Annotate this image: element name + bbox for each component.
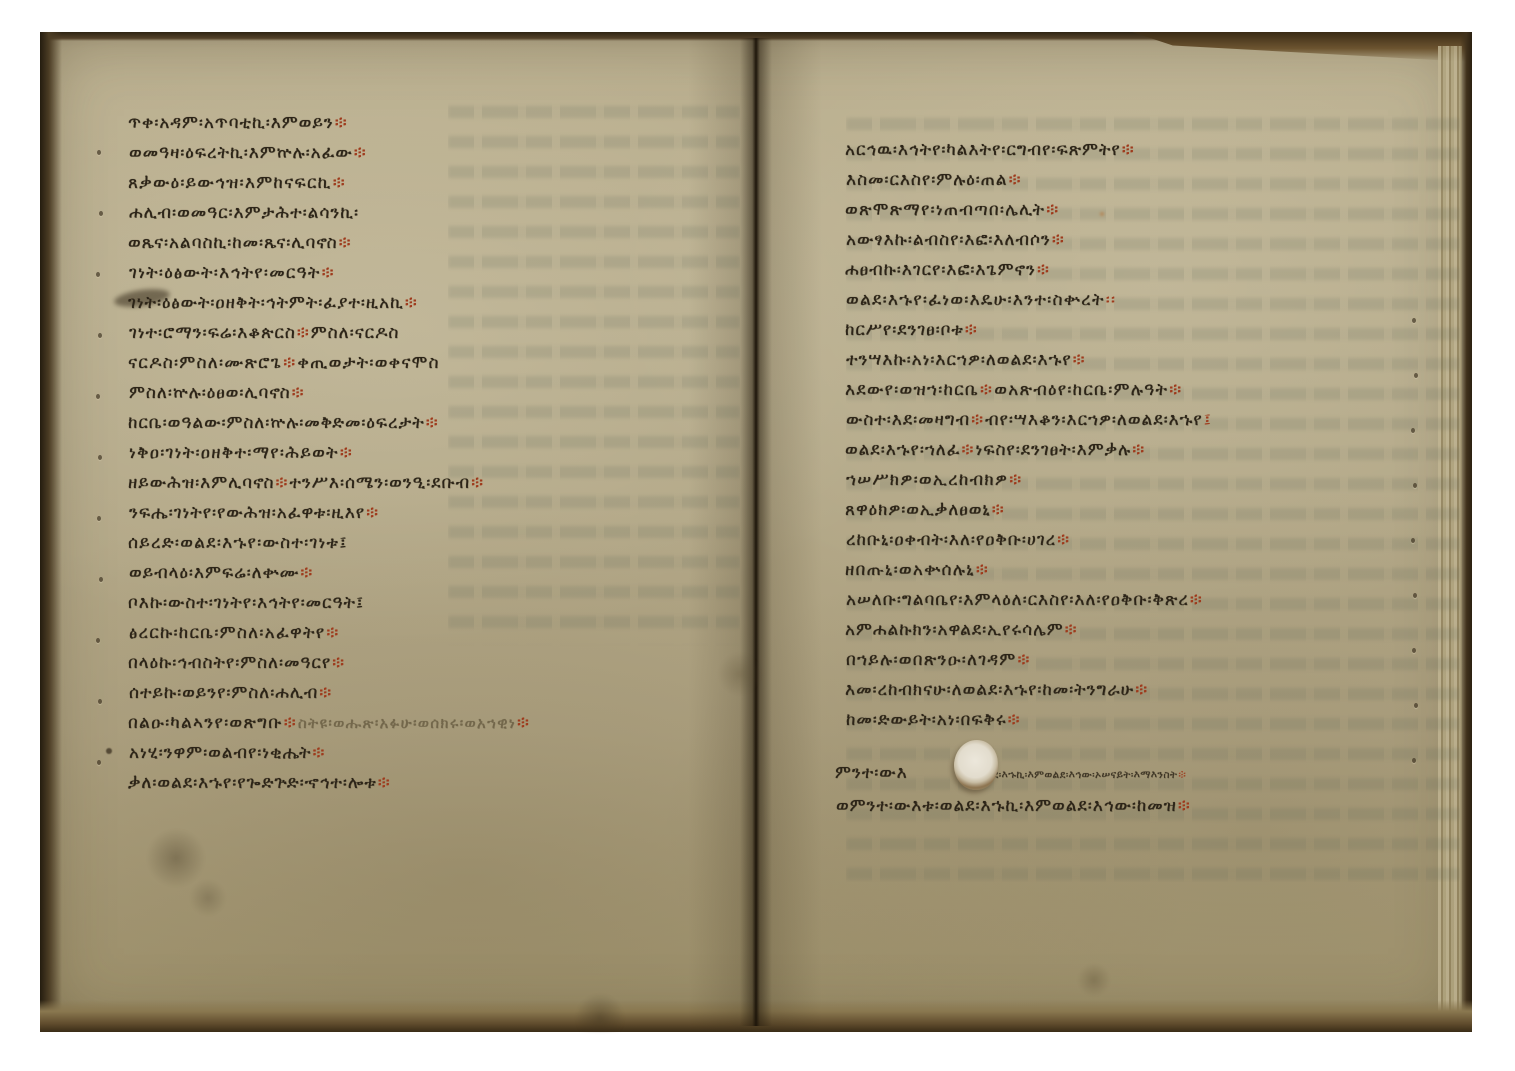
open-manuscript-book: ጥቀ፡አዳም፡አጥባቲኪ፡እምወይን፨ወመዓዛ፡ዕፍረትኪ፡እምኵሉ፡አፈው፨ጸ… <box>40 32 1472 1032</box>
text-segment: ብየ፡ሣእቆን፡እርኀዎ፡ለወልደ፡እኁየ <box>985 410 1203 430</box>
manuscript-text-line: ገነት፡ዕፅውት፡እኅትየ፡መርዓት፨ <box>129 258 745 288</box>
manuscript-text-line: ቦእኩ፡ውስተ፡ገነትየ፡እኅትየ፡መርዓት፤ <box>128 588 744 618</box>
rubric-mark: ፨ <box>291 383 306 403</box>
text-segment: ፤ <box>339 533 347 553</box>
rubric-mark: ፨ <box>1072 350 1087 370</box>
text-segment: ፤ <box>356 593 364 613</box>
rubric-mark: ፨ <box>338 233 353 253</box>
text-segment: ቃለ፡ወልደ፡እኁየ፡የጐድጕድ፡ኆኅተ፡ሎቱ <box>128 773 377 793</box>
manuscript-text-line: ቃለ፡ወልደ፡እኁየ፡የጐድጕድ፡ኆኅተ፡ሎቱ፨ <box>128 768 744 798</box>
text-segment: ሰተይኩ፡ወይንየ፡ምስለ፡ሐሊብ <box>129 683 318 703</box>
text-segment: ወጼና፡አልባስኪ፡ከመ፡ጼና፡ሊባኖስ <box>128 233 338 253</box>
rubric-mark: ፨ <box>961 440 976 460</box>
rubric-mark: ፨ <box>283 713 298 733</box>
manuscript-photo: ጥቀ፡አዳም፡አጥባቲኪ፡እምወይን፨ወመዓዛ፡ዕፍረትኪ፡እምኵሉ፡አፈው፨ጸ… <box>0 0 1515 1071</box>
pricking-hole <box>97 760 101 765</box>
pricking-hole <box>96 394 100 399</box>
manuscript-text-line: አውፃእኩ፡ልብስየ፡እፎ፡እለብሶን፨ <box>846 225 1426 255</box>
rubric-mark: ፨ <box>964 320 979 340</box>
text-segment: ጥቀ፡አዳም፡አጥባቲኪ፡እምወይን <box>128 113 334 133</box>
manuscript-text-line: እስመ፡ርእስየ፡ምሉዕ፡ጠል፨ <box>846 165 1426 195</box>
manuscript-text-line: በኀይሉ፡ወበጽንዑ፡ለገዳም፨ <box>846 645 1426 675</box>
text-segment: ሐሊብ፡ወመዓር፡እምታሕተ፡ልሳንኪ <box>129 203 354 223</box>
text-segment: ነፍስየ፡ደንገፀት፡እምቃሉ <box>975 440 1131 460</box>
manuscript-text-line: ሰተይኩ፡ወይንየ፡ምስለ፡ሐሊብ፨ <box>129 678 745 708</box>
rubric-mark: ፨ <box>353 143 368 163</box>
text-segment: እስመ፡ርእስየ፡ምሉዕ፡ጠል <box>846 170 1008 190</box>
wooden-board-right-edge <box>1460 32 1472 1032</box>
manuscript-text-line: እደውየ፡ወዝኀ፡ከርቤ፨ወአጽብዕየ፡ከርቤ፡ምሉዓት፨ <box>845 375 1425 405</box>
text-segment: ከመ፡ድውይት፡አነ፡በፍቅሩ <box>846 710 1007 730</box>
manuscript-text-line: ከርሥየ፡ደንገፀ፡ቦቱ፨ <box>845 315 1425 345</box>
text-segment: ወልደ፡እኁኪ፡እምወልደ፡እኅው፡ኦሠናይት፡እማእንስት <box>977 769 1177 781</box>
text-segment: አሠለቡ፡ግልባቤየ፡እምላዕለ፡ርእስየ፡እለ፡የዐቅቡ፡ቅጽረ <box>846 590 1189 610</box>
rubric-mark: ፨ <box>1051 230 1066 250</box>
rubric-mark: ፨ <box>339 443 354 463</box>
rubric-mark: ፨ <box>1134 680 1149 700</box>
text-segment: ወአጽብዕየ፡ከርቤ፡ምሉዓት <box>994 380 1168 400</box>
rubric-mark: ፨ <box>365 503 380 523</box>
manuscript-text-line: ጥቀ፡አዳም፡አጥባቲኪ፡እምወይን፨ <box>128 108 744 138</box>
pricking-hole <box>99 577 103 582</box>
rubric-mark: ፨ <box>377 773 392 793</box>
pricking-hole <box>96 272 100 277</box>
manuscript-text-line: አርኅዉ፡እኅትየ፡ካልእትየ፡ርግብየ፡ፍጽምትየ፨ <box>845 135 1425 165</box>
text-segment: ወምንተ፡ውእቱ፡ወልደ፡እኁኪ፡እምወልደ፡እኅው፡ከመዝ <box>836 796 1177 816</box>
pricking-hole <box>98 333 102 338</box>
manuscript-text-line: አነሂ፡ንዋም፡ወልብየ፡ነቂሔት፨ <box>129 738 745 768</box>
right-page-footer-text-block: ምንተ፡ውእቱ፡ወልደ፡እኁኪ፡እምወልደ፡እኅው፡ኦሠናይት፡እማእንስት፨ወ… <box>835 757 1435 823</box>
text-segment: አርኅዉ፡እኅትየ፡ካልእትየ፡ርግብየ፡ፍጽምትየ <box>845 140 1121 160</box>
text-segment: ወይብላዕ፡እምፍሬ፡ለቍሙ <box>129 563 299 583</box>
rubric-mark: ፨ <box>1168 380 1183 400</box>
rubric-mark: ፨ <box>1121 140 1136 160</box>
manuscript-text-line: ወጽሞጽማየ፡ነጠብጣበ፡ሌሊት፨ <box>845 195 1425 225</box>
rubric-mark: ፨ <box>1036 260 1051 280</box>
manuscript-text-line: በልዑ፡ካልኣንየ፡ወጽግቡ፨ስትዩ፡ወሑጽ፡አፉሁ፡ወሰክሩ፡ወአኀዊነ፨ <box>128 708 744 738</box>
rubric-mark: ፨ <box>296 323 311 343</box>
text-segment: አነሂ፡ንዋም፡ወልብየ፡ነቂሔት <box>129 743 312 763</box>
text-segment: በላዕኩ፡ኅብስትየ፡ምስለ፡መዓርየ <box>128 653 331 673</box>
text-segment: ጸቃውዕ፡ይውኅዝ፡እምከናፍርኪ <box>128 173 332 193</box>
manuscript-text-line: ገነተ፡ሮማን፡ፍሬ፡እቆጵርስ፨ምስለ፡ናርዶስ <box>129 318 745 348</box>
pricking-hole <box>98 455 102 460</box>
pricking-hole <box>99 211 103 216</box>
rubric-mark: ፨ <box>979 380 994 400</box>
manuscript-text-line: ሐሊብ፡ወመዓር፡እምታሕተ፡ልሳንኪ፡ <box>129 198 745 228</box>
rubric-mark: ፨ <box>282 353 297 373</box>
pricking-hole <box>97 516 101 521</box>
manuscript-text-line: ሰይረድ፡ወልደ፡እኁየ፡ውስተ፡ገነቱ፤ <box>128 528 744 558</box>
text-segment: ፡ <box>354 203 359 223</box>
rubric-mark: ፨ <box>1064 620 1079 640</box>
manuscript-text-line: አሠለቡ፡ግልባቤየ፡እምላዕለ፡ርእስየ፡እለ፡የዐቅቡ፡ቅጽረ፨ <box>846 585 1426 615</box>
text-segment: ንፍሔ፡ገነትየ፡የውሕዝ፡አፈዋቱ፡ዚእየ <box>129 503 365 523</box>
text-segment: ስትዩ፡ወሑጽ፡አፉሁ፡ወሰክሩ፡ወአኀዊነ <box>298 714 516 732</box>
manuscript-text-line: ምንተ፡ውእቱ፡ወልደ፡እኁኪ፡እምወልደ፡እኅው፡ኦሠናይት፡እማእንስት፨ <box>835 757 1435 790</box>
text-segment: አውፃእኩ፡ልብስየ፡እፎ፡እለብሶን <box>846 230 1051 250</box>
text-segment: ፅረርኩ፡ከርቤ፡ምስለ፡አፈዋትየ <box>129 623 325 643</box>
text-segment: ዘይውሕዝ፡እምሊባኖስ <box>128 473 274 493</box>
rubric-mark: ፨ <box>470 473 485 493</box>
text-segment: በኀይሉ፡ወበጽንዑ፡ለገዳም <box>846 650 1016 670</box>
manuscript-text-line: ፅረርኩ፡ከርቤ፡ምስለ፡አፈዋትየ፨ <box>129 618 745 648</box>
text-segment: ናርዶስ፡ምስለ፡ሙጽሮጌ <box>128 353 282 373</box>
rubric-mark: ፨ <box>325 623 340 643</box>
manuscript-text-line: ናርዶስ፡ምስለ፡ሙጽሮጌ፨ቀጢወታት፡ወቀናሞስ <box>128 348 744 378</box>
manuscript-text-line: ገነት፡ዕፅውት፡ዐዘቅት፡ኅትምት፡ፈያተ፡ዚአኪ፨ <box>128 288 744 318</box>
text-segment: ምስለ፡ኵሉ፡ዕፀወ፡ሊባኖስ <box>129 383 291 403</box>
text-segment: ወመዓዛ፡ዕፍረትኪ፡እምኵሉ፡አፈው <box>129 143 353 163</box>
rubric-mark: ፨ <box>991 500 1006 520</box>
manuscript-text-line: ወይብላዕ፡እምፍሬ፡ለቍሙ፨ <box>129 558 745 588</box>
text-segment: ተንሣእኩ፡አነ፡እርኀዎ፡ለወልደ፡እኁየ <box>846 350 1072 370</box>
rubric-mark: ፨ <box>331 653 346 673</box>
manuscript-text-line: ተንሣእኩ፡አነ፡እርኀዎ፡ለወልደ፡እኁየ፨ <box>846 345 1426 375</box>
text-segment: ሐፀብኩ፡እገርየ፡እፎ፡እጌምኖን <box>845 260 1036 280</box>
text-segment: ከርቤ፡ወዓልው፡ምስለ፡ኵሉ፡መቅድመ፡ዕፍረታት <box>128 413 425 433</box>
text-segment: ዘበጡኒ፡ወአቍሰሉኒ <box>845 560 975 580</box>
manuscript-text-line: ንፍሔ፡ገነትየ፡የውሕዝ፡አፈዋቱ፡ዚእየ፨ <box>129 498 745 528</box>
text-segment: ወልደ፡እኁየ፡ፈነወ፡እዴሁ፡እንተ፡ስቍረት <box>846 290 1105 310</box>
text-segment: ገነት፡ዕፅውት፡ዐዘቅት፡ኅትምት፡ፈያተ፡ዚአኪ <box>128 293 404 313</box>
text-segment: ሰይረድ፡ወልደ፡እኁየ፡ውስተ፡ገነቱ <box>128 533 339 553</box>
rubric-mark: ፨ <box>1177 769 1187 781</box>
rubric-mark: ፨ <box>975 560 990 580</box>
wooden-board-top-right-corner <box>1132 32 1472 62</box>
pricking-hole <box>97 150 101 155</box>
manuscript-text-line: ዘይውሕዝ፡እምሊባኖስ፨ተንሥእ፡ሰሜን፡ወንዒ፡ደቡብ፨ <box>128 468 744 498</box>
book-left-edge <box>40 32 62 1032</box>
manuscript-text-line: ከመ፡ድውይት፡አነ፡በፍቅሩ፨ <box>846 705 1426 735</box>
text-segment: ወጽሞጽማየ፡ነጠብጣበ፡ሌሊት <box>845 200 1045 220</box>
manuscript-text-line: ዘበጡኒ፡ወአቍሰሉኒ፨ <box>845 555 1425 585</box>
manuscript-text-line: ከርቤ፡ወዓልው፡ምስለ፡ኵሉ፡መቅድመ፡ዕፍረታት፨ <box>128 408 744 438</box>
text-segment: አምሐልኩክን፡አዋልደ፡ኢየሩሳሌም <box>845 620 1064 640</box>
rubric-mark: ፨ <box>425 413 440 433</box>
rubric-mark: ፨ <box>1056 530 1071 550</box>
rubric-mark: ፨ <box>318 683 333 703</box>
manuscript-text-line: ጸዋዕክዎ፡ወኢቃለፀወኒ፨ <box>845 495 1425 525</box>
text-segment: ምስለ፡ናርዶስ <box>311 323 400 343</box>
rubric-mark: ፨ <box>1008 170 1023 190</box>
rubric-mark: ፨ <box>1007 710 1022 730</box>
manuscript-text-line: ጸቃውዕ፡ይውኅዝ፡እምከናፍርኪ፨ <box>128 168 744 198</box>
rubric-mark: ፨ <box>321 263 336 283</box>
text-segment: ኀሠሥክዎ፡ወኢረከብክዎ <box>846 470 1008 490</box>
text-segment: ገነተ፡ሮማን፡ፍሬ፡እቆጵርስ <box>129 323 296 343</box>
manuscript-text-line: ወምንተ፡ውእቱ፡ወልደ፡እኁኪ፡እምወልደ፡እኅው፡ከመዝ፨ <box>836 790 1436 823</box>
text-segment: ውስተ፡እደ፡መዛግብ <box>846 410 970 430</box>
right-page-text-block: አርኅዉ፡እኅትየ፡ካልእትየ፡ርግብየ፡ፍጽምትየ፨እስመ፡ርእስየ፡ምሉዕ፡… <box>845 135 1425 735</box>
rubric-mark: ፨ <box>1131 440 1146 460</box>
rubric-mark: ፤ <box>1203 410 1213 430</box>
rubric-mark: ፨ <box>1045 200 1060 220</box>
text-segment: ገነት፡ዕፅውት፡እኅትየ፡መርዓት <box>129 263 321 283</box>
text-segment: እመ፡ረከብክናሁ፡ለወልደ፡እኁየ፡ከመ፡ትንግራሁ <box>845 680 1134 700</box>
rubric-mark: ፨ <box>299 563 314 583</box>
rubric-mark: ፨ <box>1008 470 1023 490</box>
manuscript-text-line: ወልደ፡እኁየ፡ኀለፈ፨ነፍስየ፡ደንገፀት፡እምቃሉ፨ <box>845 435 1425 465</box>
rubric-mark: ፡፡ <box>1105 290 1118 310</box>
text-segment: ምንተ፡ውእ <box>835 763 908 783</box>
rubric-mark: ፨ <box>274 473 289 493</box>
manuscript-text-line: ውስተ፡እደ፡መዛግብ፨ብየ፡ሣእቆን፡እርኀዎ፡ለወልደ፡እኁየ፤ <box>846 405 1426 435</box>
rubric-mark: ፨ <box>334 113 349 133</box>
rubric-mark: ፨ <box>312 743 327 763</box>
rubric-mark: ፨ <box>1189 590 1204 610</box>
manuscript-text-line: ኀሠሥክዎ፡ወኢረከብክዎ፨ <box>846 465 1426 495</box>
center-gutter <box>740 38 772 1026</box>
page-edges-stack <box>1438 46 1462 1016</box>
manuscript-text-line: ነቅዐ፡ገነት፡ዐዘቅተ፡ማየ፡ሕይወት፨ <box>129 438 745 468</box>
manuscript-text-line: ወመዓዛ፡ዕፍረትኪ፡እምኵሉ፡አፈው፨ <box>129 138 745 168</box>
text-segment: ጸዋዕክዎ፡ወኢቃለፀወኒ <box>845 500 991 520</box>
manuscript-text-line: ምስለ፡ኵሉ፡ዕፀወ፡ሊባኖስ፨ <box>129 378 745 408</box>
manuscript-text-line: ረከቡኒ፡ዐቀብት፡እለ፡የዐቅቡ፡ሀገረ፨ <box>846 525 1426 555</box>
text-segment: ከርሥየ፡ደንገፀ፡ቦቱ <box>845 320 964 340</box>
text-segment: በልዑ፡ካልኣንየ፡ወጽግቡ <box>128 713 283 733</box>
text-segment: ወልደ፡እኁየ፡ኀለፈ <box>845 440 961 460</box>
rubric-mark: ፨ <box>970 410 985 430</box>
rubric-mark: ፨ <box>516 713 531 733</box>
text-segment: ቀጢወታት፡ወቀናሞስ <box>297 353 439 373</box>
pricking-hole <box>96 638 100 643</box>
manuscript-text-line: ሐፀብኩ፡እገርየ፡እፎ፡እጌምኖን፨ <box>845 255 1425 285</box>
text-segment: ነቅዐ፡ገነት፡ዐዘቅተ፡ማየ፡ሕይወት <box>129 443 339 463</box>
manuscript-text-line: ወልደ፡እኁየ፡ፈነወ፡እዴሁ፡እንተ፡ስቍረት፡፡ <box>846 285 1426 315</box>
rubric-mark: ፨ <box>332 173 347 193</box>
marginal-dot <box>106 748 112 754</box>
text-segment: እደውየ፡ወዝኀ፡ከርቤ <box>845 380 979 400</box>
pricking-hole <box>98 699 102 704</box>
manuscript-text-line: እመ፡ረከብክናሁ፡ለወልደ፡እኁየ፡ከመ፡ትንግራሁ፨ <box>845 675 1425 705</box>
text-segment: ረከቡኒ፡ዐቀብት፡እለ፡የዐቅቡ፡ሀገረ <box>846 530 1056 550</box>
rubric-mark: ፨ <box>1016 650 1031 670</box>
rubric-mark: ፨ <box>404 293 419 313</box>
left-page-text-block: ጥቀ፡አዳም፡አጥባቲኪ፡እምወይን፨ወመዓዛ፡ዕፍረትኪ፡እምኵሉ፡አፈው፨ጸ… <box>128 108 744 798</box>
text-segment: ቦእኩ፡ውስተ፡ገነትየ፡እኅትየ፡መርዓት <box>128 593 356 613</box>
manuscript-text-line: ወጼና፡አልባስኪ፡ከመ፡ጼና፡ሊባኖስ፨ <box>128 228 744 258</box>
manuscript-text-line: አምሐልኩክን፡አዋልደ፡ኢየሩሳሌም፨ <box>845 615 1425 645</box>
manuscript-text-line: በላዕኩ፡ኅብስትየ፡ምስለ፡መዓርየ፨ <box>128 648 744 678</box>
rubric-mark: ፨ <box>1177 796 1192 816</box>
parchment-hole <box>954 740 998 790</box>
text-segment: ተንሥእ፡ሰሜን፡ወንዒ፡ደቡብ <box>289 473 470 493</box>
